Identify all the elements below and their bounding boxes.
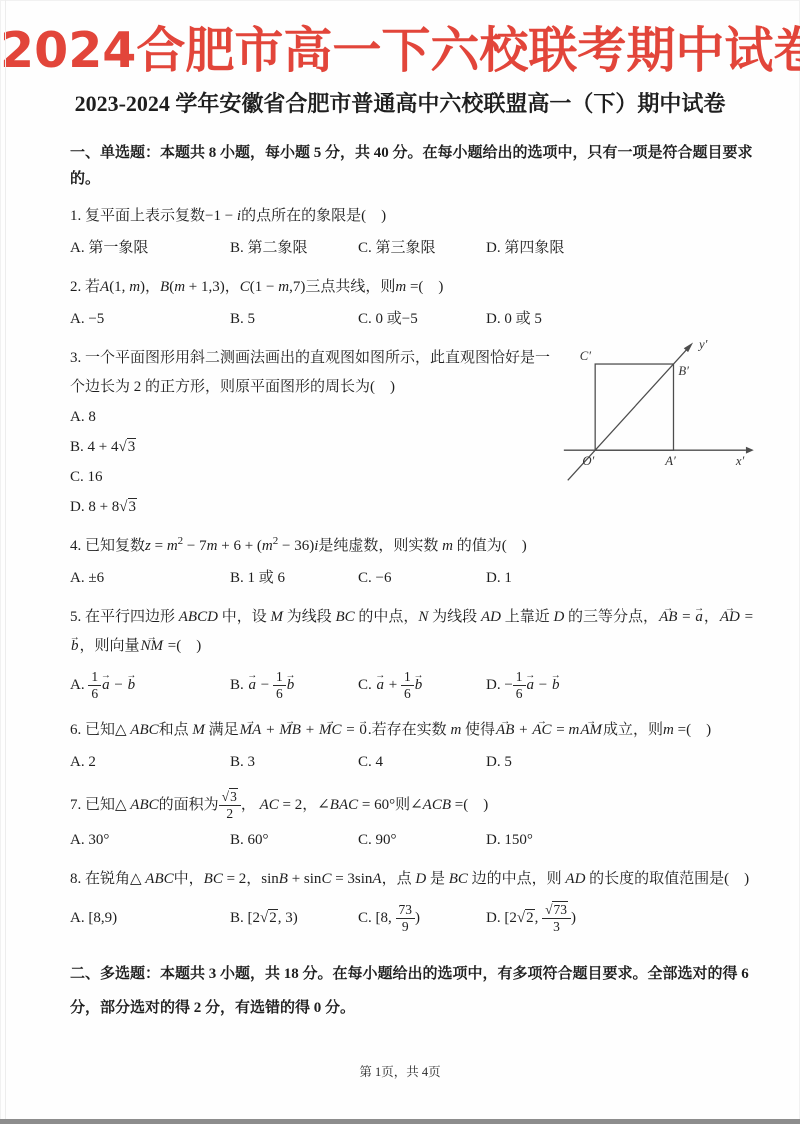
section1-heading: 一、单选题：本题共 8 小题，每小题 5 分，共 40 分。在每小题给出的选项中… bbox=[70, 140, 762, 192]
question-1-text: 1. 复平面上表示复数−1 − i的点所在的象限是( ) bbox=[70, 202, 762, 231]
question-2-text: 2. 若A(1, m)，B(m + 1,3)，C(1 − m,7)三点共线，则m… bbox=[70, 273, 762, 302]
question-6: 6. 已知△ ABC和点 M 满足MA + MB + MC = 0.若存在实数 … bbox=[70, 716, 762, 777]
question-5-option-b: B. a − 16b bbox=[230, 664, 358, 706]
question-2-option-d: D. 0 或 5 bbox=[486, 305, 762, 334]
q3-oblique-axonometric-figure: C′ B′ O′ A′ x′ y′ bbox=[556, 332, 762, 492]
exam-paper-page: 2024合肥市高一下六校联考期中试卷 2023-2024 学年安徽省合肥市普通高… bbox=[0, 0, 800, 1124]
question-5-text: 5. 在平行四边形 ABCD 中，设 M 为线段 BC 的中点，N 为线段 AD… bbox=[70, 603, 762, 661]
question-6-option-a: A. 2 bbox=[70, 748, 230, 777]
question-4-option-d: D. 1 bbox=[486, 564, 762, 593]
question-1-option-b: B. 第二象限 bbox=[230, 234, 358, 263]
question-7: 7. 已知△ ABC的面积为√32， AC = 2，∠BAC = 60°则∠AC… bbox=[70, 787, 762, 855]
question-6-options: A. 2 B. 3 C. 4 D. 5 bbox=[70, 748, 762, 777]
question-7-text: 7. 已知△ ABC的面积为√32， AC = 2，∠BAC = 60°则∠AC… bbox=[70, 787, 762, 823]
figure-label-a-prime: A′ bbox=[665, 454, 677, 468]
question-6-option-c: C. 4 bbox=[358, 748, 486, 777]
question-4-options: A. ±6 B. 1 或 6 C. −6 D. 1 bbox=[70, 564, 762, 593]
question-4-option-c: C. −6 bbox=[358, 564, 486, 593]
question-7-option-a: A. 30° bbox=[70, 826, 230, 855]
question-8-text: 8. 在锐角△ ABC中，BC = 2，sinB + sinC = 3sinA，… bbox=[70, 865, 762, 894]
figure-label-c-prime: C′ bbox=[580, 349, 591, 363]
question-4-option-a: A. ±6 bbox=[70, 564, 230, 593]
question-4: 4. 已知复数z = m2 − 7m + 6 + (m2 − 36)i是纯虚数，… bbox=[70, 532, 762, 593]
question-2-options: A. −5 B. 5 C. 0 或−5 D. 0 或 5 bbox=[70, 305, 762, 334]
figure-label-y-axis: y′ bbox=[697, 337, 708, 351]
question-5-option-c: C. a + 16b bbox=[358, 664, 486, 706]
exam-body: 一、单选题：本题共 8 小题，每小题 5 分，共 40 分。在每小题给出的选项中… bbox=[0, 140, 800, 1025]
question-3-text: 3. 一个平面图形用斜二测画法画出的直观图如图所示，此直观图恰好是一个边长为 2… bbox=[70, 344, 550, 402]
question-8: 8. 在锐角△ ABC中，BC = 2，sinB + sinC = 3sinA，… bbox=[70, 865, 762, 939]
question-5: 5. 在平行四边形 ABCD 中，设 M 为线段 BC 的中点，N 为线段 AD… bbox=[70, 603, 762, 706]
question-3-option-c: C. 16 bbox=[70, 462, 550, 492]
figure-label-o-prime: O′ bbox=[583, 454, 595, 468]
question-6-option-d: D. 5 bbox=[486, 748, 762, 777]
question-8-option-c: C. [8, 739) bbox=[358, 897, 486, 939]
figure-label-b-prime: B′ bbox=[679, 364, 690, 378]
exam-subtitle: 2023-2024 学年安徽省合肥市普通高中六校联盟高一（下）期中试卷 bbox=[0, 87, 800, 118]
question-4-text: 4. 已知复数z = m2 − 7m + 6 + (m2 − 36)i是纯虚数，… bbox=[70, 532, 762, 561]
question-2-option-a: A. −5 bbox=[70, 305, 230, 334]
question-3-option-a: A. 8 bbox=[70, 402, 550, 432]
question-7-option-b: B. 60° bbox=[230, 826, 358, 855]
question-2: 2. 若A(1, m)，B(m + 1,3)，C(1 − m,7)三点共线，则m… bbox=[70, 273, 762, 334]
question-4-option-b: B. 1 或 6 bbox=[230, 564, 358, 593]
question-1-option-c: C. 第三象限 bbox=[358, 234, 486, 263]
photo-bottom-edge bbox=[0, 1119, 800, 1124]
question-3: 3. 一个平面图形用斜二测画法画出的直观图如图所示，此直观图恰好是一个边长为 2… bbox=[70, 344, 762, 522]
question-3-option-d: D. 8 + 8√3 bbox=[70, 492, 550, 522]
figure-label-x-axis: x′ bbox=[735, 454, 745, 468]
question-8-option-a: A. [8,9) bbox=[70, 897, 230, 939]
question-7-options: A. 30° B. 60° C. 90° D. 150° bbox=[70, 826, 762, 855]
question-7-option-c: C. 90° bbox=[358, 826, 486, 855]
question-5-option-a: A. 16a − b bbox=[70, 664, 230, 706]
question-1: 1. 复平面上表示复数−1 − i的点所在的象限是( ) A. 第一象限 B. … bbox=[70, 202, 762, 263]
question-8-options: A. [8,9) B. [2√2, 3) C. [8, 739) D. [2√2… bbox=[70, 897, 762, 939]
section2-heading: 二、多选题：本题共 3 小题，共 18 分。在每小题给出的选项中，有多项符合题目… bbox=[70, 957, 762, 1025]
question-8-option-d: D. [2√2, √733) bbox=[486, 897, 762, 939]
question-1-options: A. 第一象限 B. 第二象限 C. 第三象限 D. 第四象限 bbox=[70, 234, 762, 263]
question-8-option-b: B. [2√2, 3) bbox=[230, 897, 358, 939]
question-2-option-b: B. 5 bbox=[230, 305, 358, 334]
question-3-options: A. 8 B. 4 + 4√3 C. 16 D. 8 + 8√3 bbox=[70, 402, 550, 522]
question-1-option-a: A. 第一象限 bbox=[70, 234, 230, 263]
question-5-options: A. 16a − b B. a − 16b C. a + 16b D. −16a… bbox=[70, 664, 762, 706]
question-6-option-b: B. 3 bbox=[230, 748, 358, 777]
question-5-option-d: D. −16a − b bbox=[486, 664, 762, 706]
question-6-text: 6. 已知△ ABC和点 M 满足MA + MB + MC = 0.若存在实数 … bbox=[70, 716, 762, 745]
page-footer: 第 1页，共 4页 bbox=[0, 1062, 800, 1080]
question-2-option-c: C. 0 或−5 bbox=[358, 305, 486, 334]
question-7-option-d: D. 150° bbox=[486, 826, 762, 855]
exam-banner-title: 2024合肥市高一下六校联考期中试卷 bbox=[0, 22, 800, 81]
question-1-option-d: D. 第四象限 bbox=[486, 234, 762, 263]
question-3-option-b: B. 4 + 4√3 bbox=[70, 432, 550, 462]
